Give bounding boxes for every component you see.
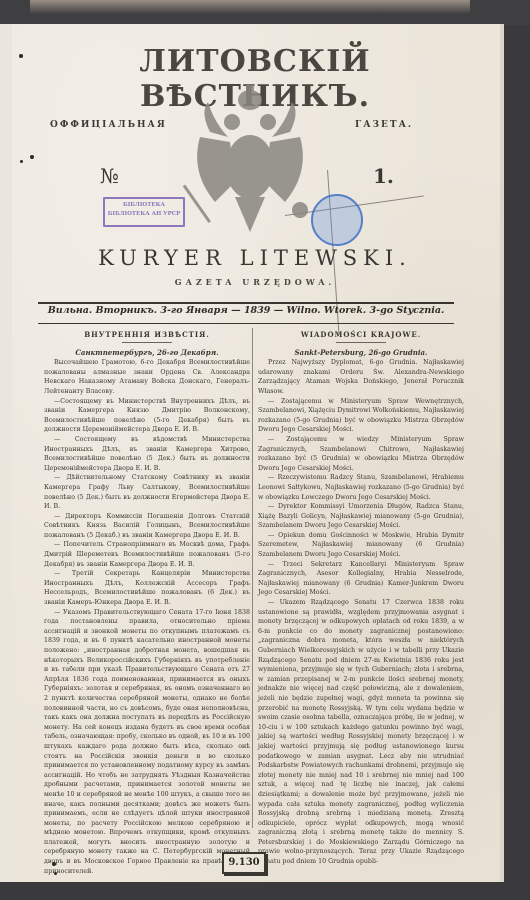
double-headed-eagle-emblem <box>180 82 320 242</box>
ink-speck <box>52 862 56 866</box>
article-paragraph: — Третій Секретарь Канцеляріи Министерст… <box>44 569 250 607</box>
article-paragraph: —Состоящему въ Министерствѣ Внутреннихъ … <box>44 397 250 435</box>
article-paragraph: Przez Najwyższy Dyplomat, 6-go Grudnia. … <box>258 358 464 396</box>
masthead-title-polish: KURYER LITEWSKI. <box>30 246 480 270</box>
scanner-background-bottom <box>0 882 530 900</box>
masthead-subtitle-right: ГАЗЕТА. <box>355 120 413 130</box>
issue-number: 1. <box>373 164 394 188</box>
article-paragraph: — Попечитель Странопріимнаго въ Москвѣ д… <box>44 540 250 569</box>
column-polish: WIADOMOŚCI KRAJOWE. Sankt-Petersburg, 26… <box>258 330 464 867</box>
masthead-subtitle-polish: GAZETA URZĘDOWA. <box>30 277 480 287</box>
article-paragraph: Высочайшею Грамотою, 6-го Декабря Всемил… <box>44 358 250 396</box>
place-date: Санктпетербургъ, 26-го Декабря. <box>44 348 250 358</box>
section-title: WIADOMOŚCI KRAJOWE. <box>258 330 464 340</box>
article-paragraph: — Дѣйствительному Статскому Совѣтнику въ… <box>44 473 250 511</box>
place-date: Sankt-Petersburg, 26-go Grudnia. <box>258 348 464 358</box>
ink-speck <box>54 872 57 875</box>
masthead-subtitle-left: ОФФИЦІАЛЬНАЯ <box>50 120 167 130</box>
section-title: ВНУТРЕННІЯ ИЗВѢСТІЯ. <box>44 330 250 340</box>
masthead-rule <box>38 302 454 304</box>
column-russian: ВНУТРЕННІЯ ИЗВѢСТІЯ. Санктпетербургъ, 26… <box>44 330 250 876</box>
article-paragraph: — Состоящему въ вѣдомствѣ Министерства И… <box>44 435 250 473</box>
article-paragraph: — Zostającemu w Ministeryum Spraw Wewnęt… <box>258 397 464 435</box>
article-paragraph: — Директоръ Коммиссіи Погашенія Долговъ … <box>44 512 250 541</box>
article-paragraph: — Ukazem Rządzącego Senatu 17 Czerwca 18… <box>258 598 464 867</box>
round-seal-stamp <box>311 194 363 246</box>
ink-speck <box>20 160 23 163</box>
paper-stain <box>30 0 470 14</box>
article-paragraph: — Zostającemu w wiedzy Ministeryum Spraw… <box>258 435 464 473</box>
dateline-rule <box>38 323 454 324</box>
column-divider <box>252 328 253 828</box>
section-rule <box>122 342 172 343</box>
article-paragraph: — Rzeczywistemu Radzcy Stanu, Szambelano… <box>258 473 464 502</box>
dateline: Вильна. Вторникъ. 3-го Января — 1839 — W… <box>38 305 454 316</box>
article-paragraph: — Opiekun domu Gościnności w Moskwie, Hr… <box>258 531 464 560</box>
article-paragraph: — Dyrektor Kommissyi Umorzenia Długów, R… <box>258 502 464 531</box>
catalog-number-stamp: 9.130 <box>222 852 266 874</box>
page-edge <box>500 24 504 882</box>
library-stamp: БІБЛІОТЕКА БІБЛІОТЕКА АН УРСР <box>103 197 185 227</box>
issue-number-label: № <box>100 164 119 188</box>
ink-speck <box>30 155 34 159</box>
ink-speck <box>19 54 23 58</box>
section-rule <box>336 342 386 343</box>
article-paragraph: — Указомъ Правительствующаго Сената 17-г… <box>44 608 250 877</box>
article-paragraph: — Trzeci Sekretarz Kancellaryi Ministery… <box>258 560 464 598</box>
